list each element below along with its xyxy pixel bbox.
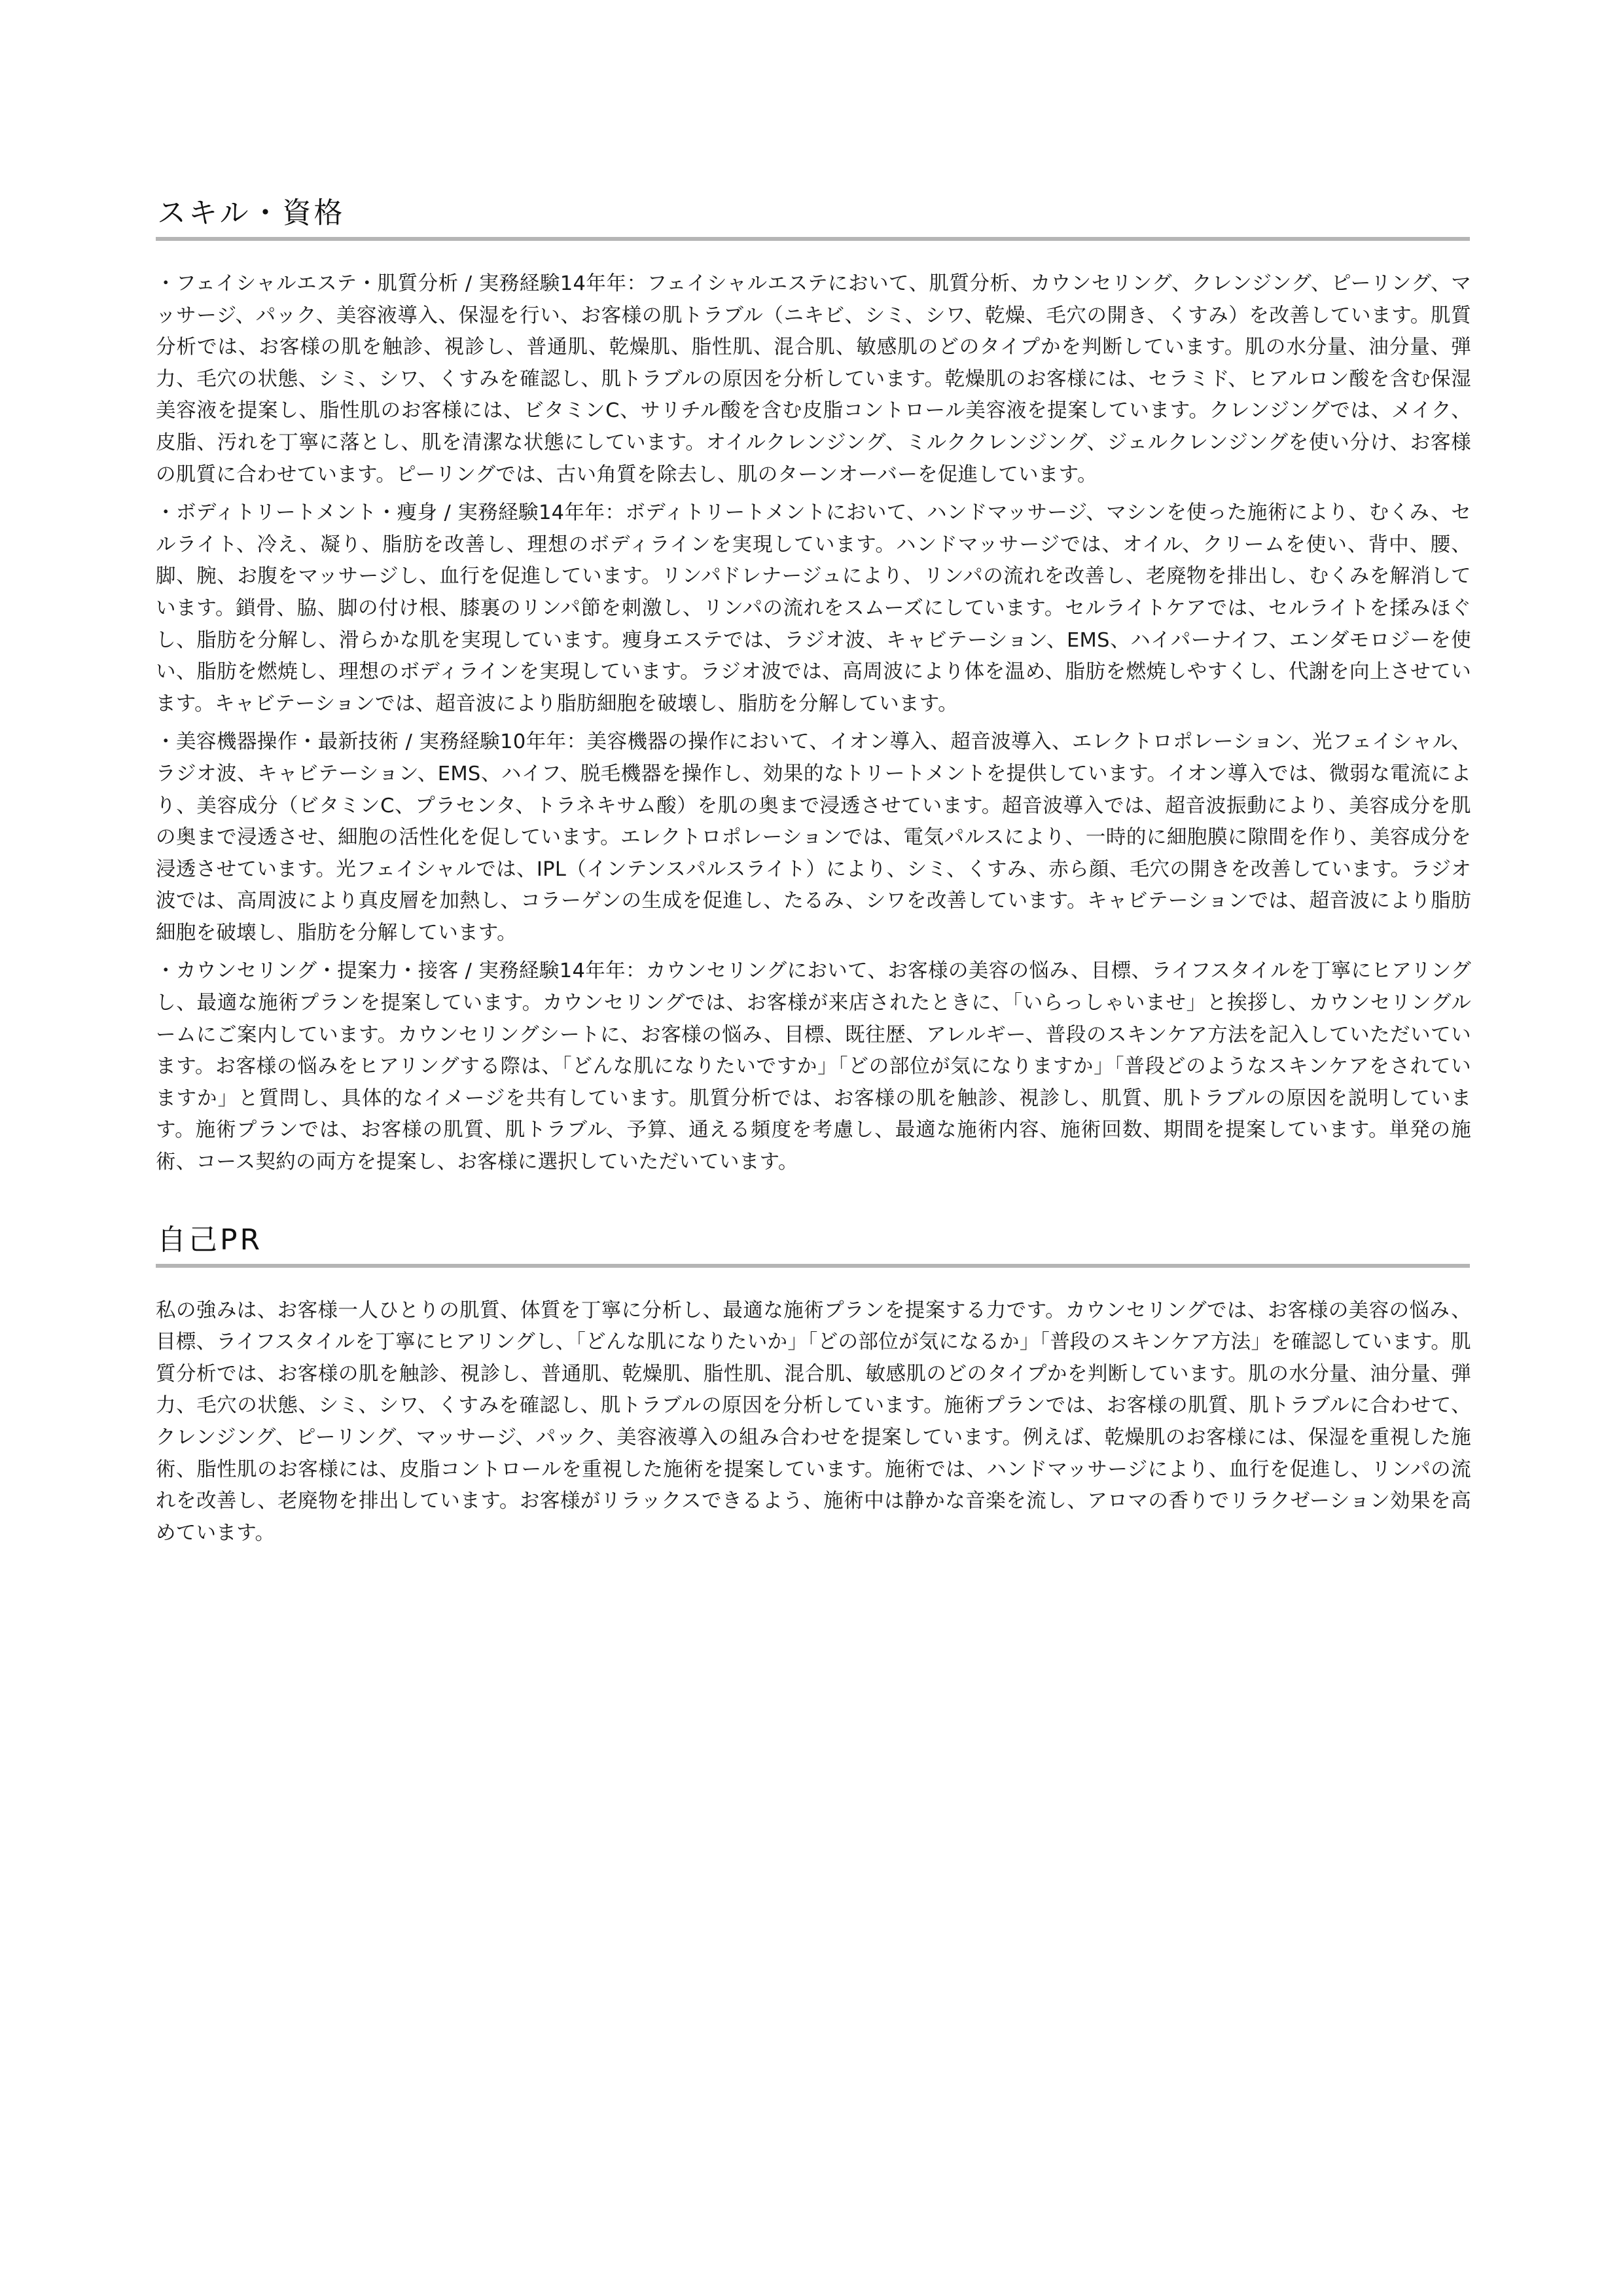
section-divider bbox=[156, 1264, 1470, 1268]
self-pr-body: 私の強みは、お客様一人ひとりの肌質、体質を丁寧に分析し、最適な施術プランを提案す… bbox=[156, 1295, 1471, 1550]
skill-item-facial: ・フェイシャルエステ・肌質分析 / 実務経験14年年：フェイシャルエステにおいて… bbox=[156, 268, 1471, 491]
skills-section: スキル・資格 ・フェイシャルエステ・肌質分析 / 実務経験14年年：フェイシャル… bbox=[156, 194, 1471, 1179]
skill-item-beauty-devices: ・美容機器操作・最新技術 / 実務経験10年年：美容機器の操作において、イオン導… bbox=[156, 726, 1471, 949]
section-divider bbox=[156, 237, 1470, 241]
section-heading-self-pr: 自己PR bbox=[156, 1221, 1471, 1260]
skill-item-counseling: ・カウンセリング・提案力・接客 / 実務経験14年年：カウンセリングにおいて、お… bbox=[156, 956, 1471, 1178]
skill-item-body-treatment: ・ボディトリートメント・痩身 / 実務経験14年年：ボディトリートメントにおいて… bbox=[156, 497, 1471, 720]
resume-page: スキル・資格 ・フェイシャルエステ・肌質分析 / 実務経験14年年：フェイシャル… bbox=[156, 0, 1471, 1549]
self-pr-section: 自己PR 私の強みは、お客様一人ひとりの肌質、体質を丁寧に分析し、最適な施術プラ… bbox=[156, 1221, 1471, 1550]
section-heading-skills: スキル・資格 bbox=[156, 194, 1471, 233]
